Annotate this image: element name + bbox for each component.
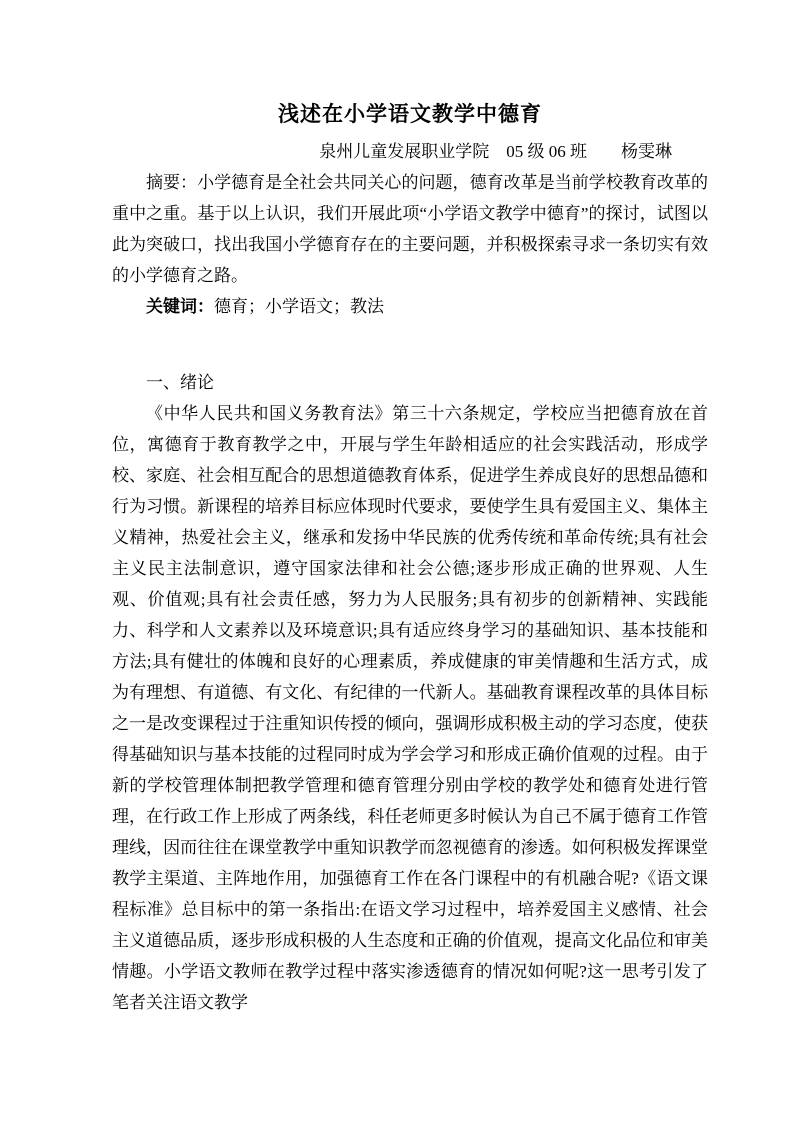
keywords-label: 关键词： — [146, 297, 214, 316]
keywords-text: 德育；小学语文；教法 — [214, 297, 384, 316]
author-affiliation-line: 泉州儿童发展职业学院 05 级 06 班 杨雯琳 — [112, 136, 708, 167]
abstract-text: 小学德育是全社会共同关心的问题，德育改革是当前学校教育改革的重中之重。基于以上认… — [112, 173, 708, 285]
section-heading-introduction: 一、绪论 — [112, 367, 708, 398]
section-body-introduction: 《中华人民共和国义务教育法》第三十六条规定，学校应当把德育放在首位，寓德育于教育… — [112, 398, 708, 1018]
keywords-paragraph: 关键词：德育；小学语文；教法 — [112, 291, 708, 322]
page-title: 浅述在小学语文教学中德育 — [112, 97, 708, 131]
document-page: 浅述在小学语文教学中德育 泉州儿童发展职业学院 05 级 06 班 杨雯琳 摘要… — [0, 0, 793, 1122]
abstract-paragraph: 摘要：小学德育是全社会共同关心的问题，德育改革是当前学校教育改革的重中之重。基于… — [112, 167, 708, 291]
abstract-label: 摘要： — [146, 173, 197, 192]
